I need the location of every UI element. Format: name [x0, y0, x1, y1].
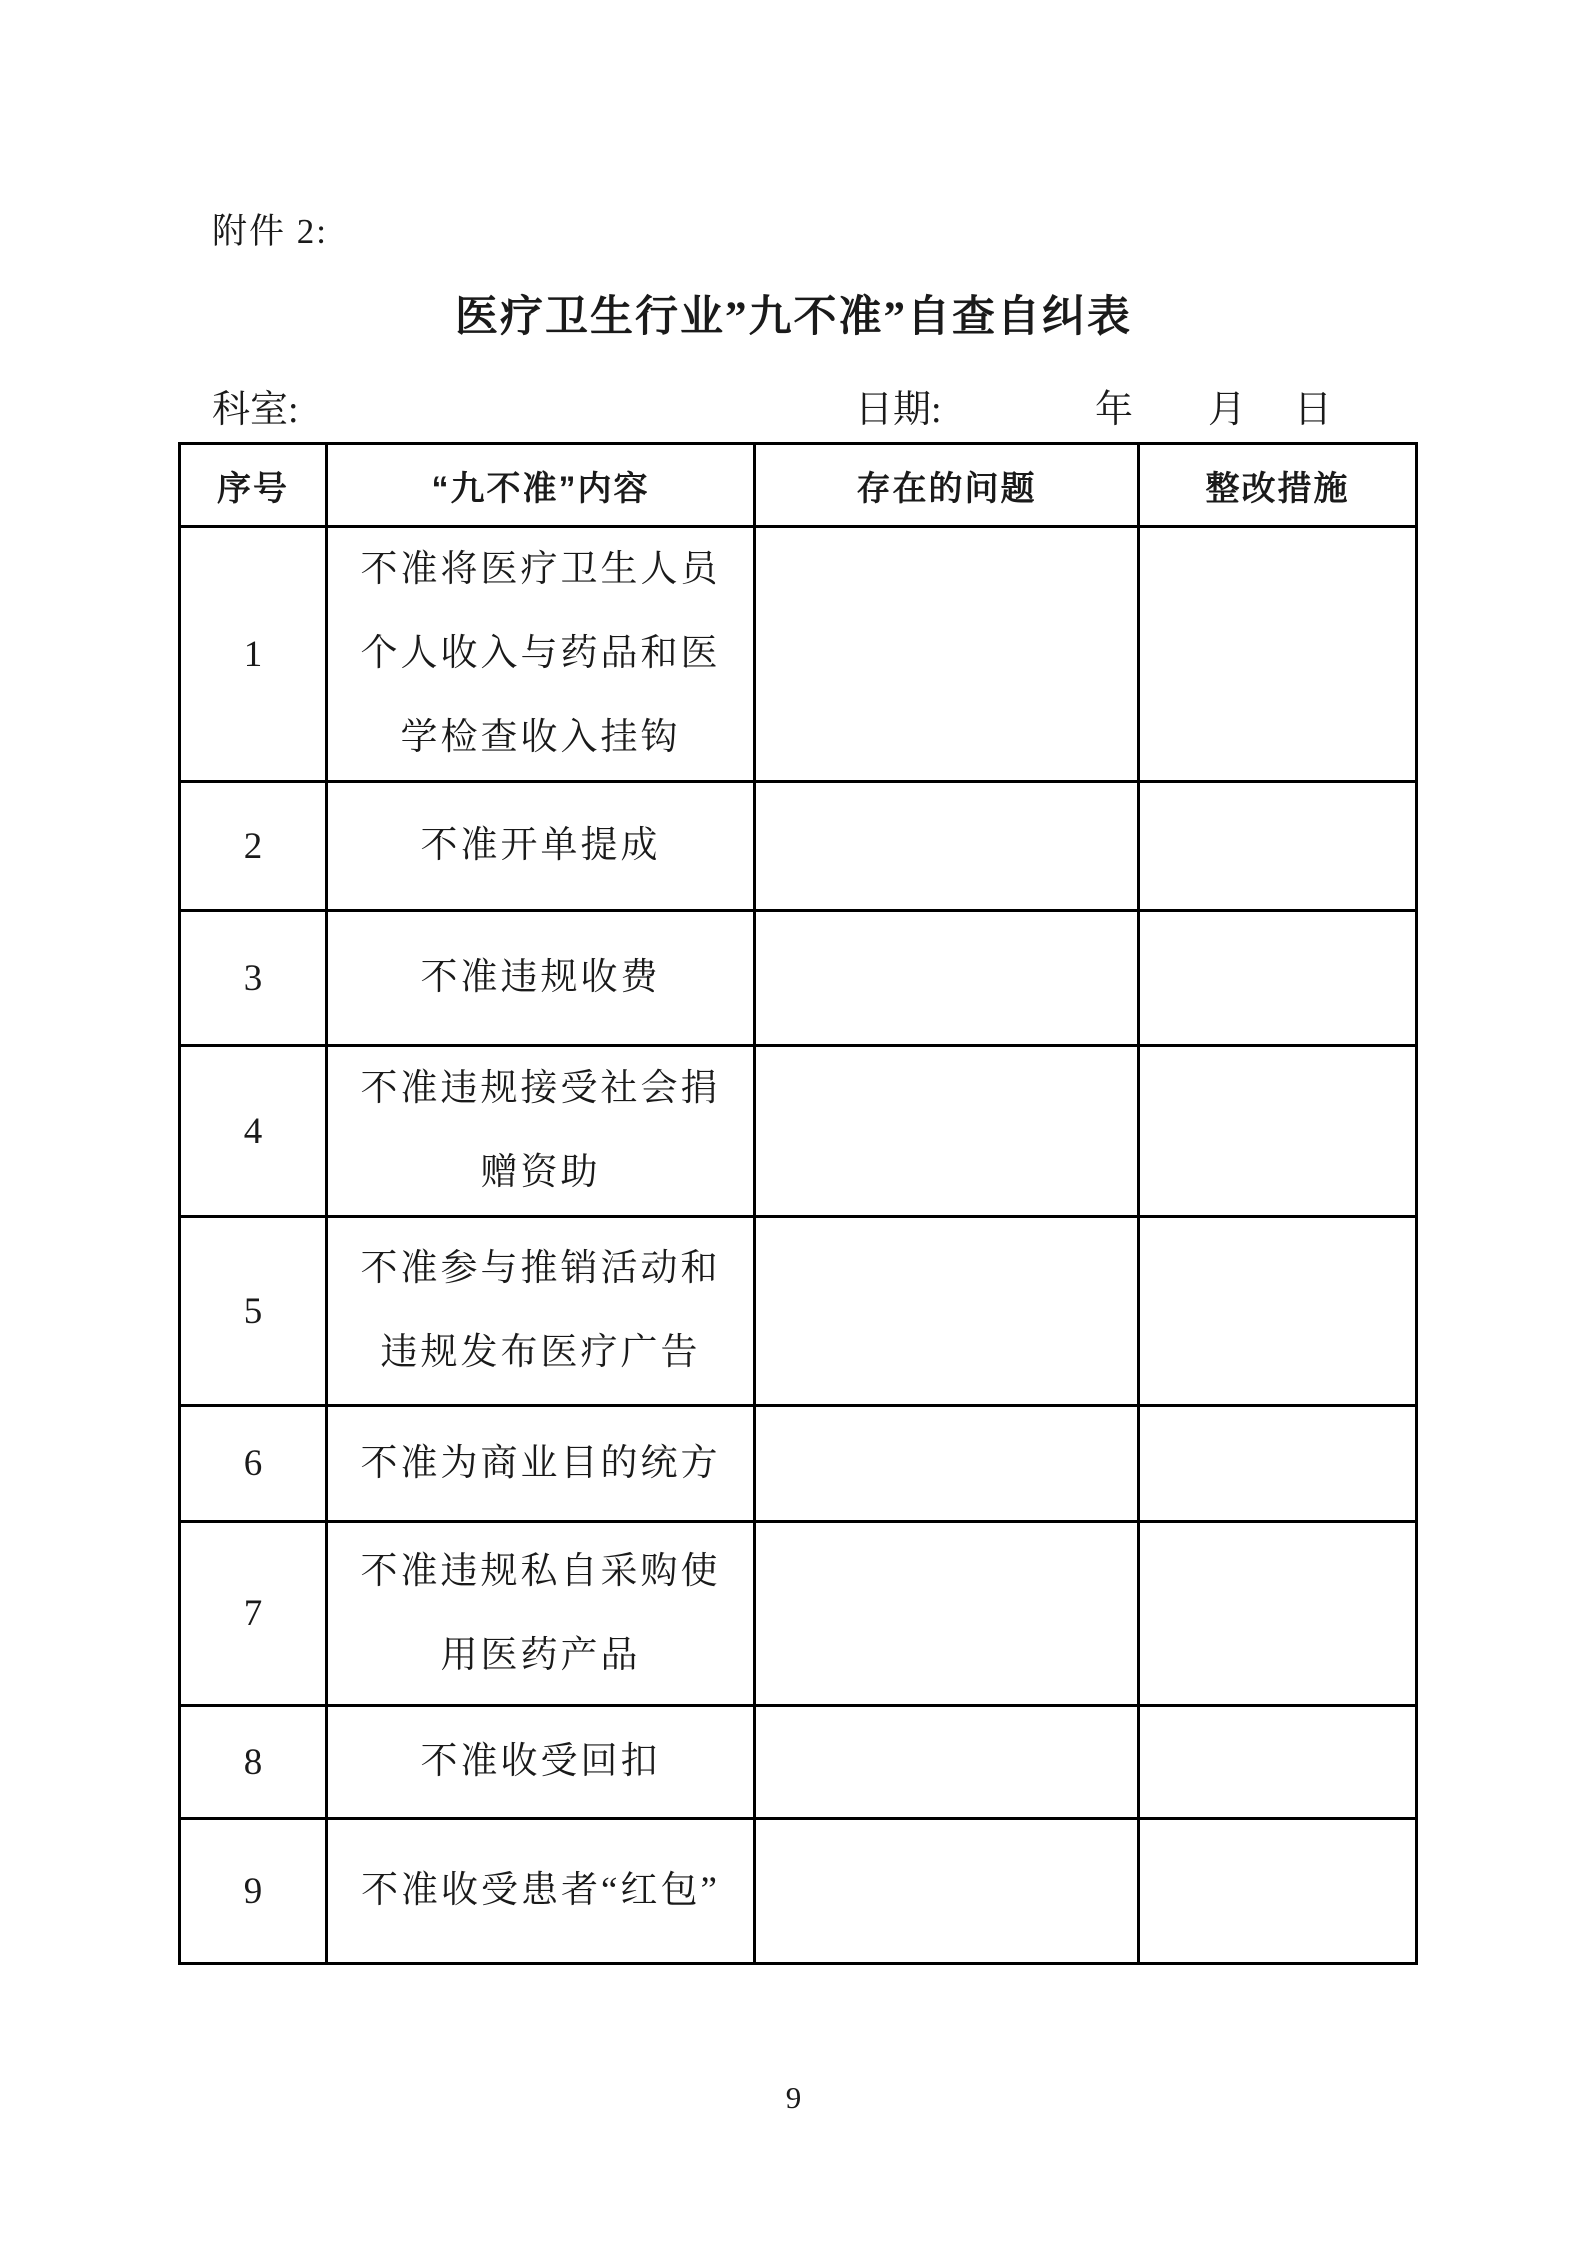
table-row: 4 不准违规接受社会捐 赠资助: [180, 1046, 1417, 1217]
problem-cell: [755, 527, 1139, 782]
page-title: 医疗卫生行业”九不准”自查自纠表: [0, 283, 1587, 344]
serial-number-cell: 7: [180, 1522, 327, 1706]
action-cell: [1139, 1217, 1417, 1406]
date-label: 日期:: [855, 378, 942, 433]
problem-cell: [755, 1217, 1139, 1406]
serial-number-cell: 1: [180, 527, 327, 782]
action-cell: [1139, 782, 1417, 911]
date-year-label: 年: [1095, 378, 1133, 433]
problem-cell: [755, 782, 1139, 911]
serial-number-cell: 2: [180, 782, 327, 911]
table-row: 7 不准违规私自采购使 用医药产品: [180, 1522, 1417, 1706]
table-row: 6 不准为商业目的统方: [180, 1406, 1417, 1522]
header-content: “九不准”内容: [327, 444, 755, 527]
table-row: 9 不准收受患者“红包”: [180, 1819, 1417, 1964]
action-cell: [1139, 1819, 1417, 1964]
action-cell: [1139, 1522, 1417, 1706]
header-problems: 存在的问题: [755, 444, 1139, 527]
nine-prohibitions-table: 序号 “九不准”内容 存在的问题 整改措施 1 不准将医疗卫生人员 个人收入与药…: [178, 442, 1418, 1965]
problem-cell: [755, 1522, 1139, 1706]
action-cell: [1139, 911, 1417, 1046]
attachment-label: 附件 2:: [212, 210, 328, 254]
serial-number-cell: 4: [180, 1046, 327, 1217]
header-serial-number: 序号: [180, 444, 327, 527]
table-row: 5 不准参与推销活动和 违规发布医疗广告: [180, 1217, 1417, 1406]
problem-cell: [755, 1406, 1139, 1522]
serial-number-cell: 5: [180, 1217, 327, 1406]
content-cell: 不准收受回扣: [327, 1706, 755, 1819]
content-cell: 不准违规私自采购使 用医药产品: [327, 1522, 755, 1706]
meta-line: 科室: 日期: 年 月 日: [0, 378, 1587, 426]
content-cell: 不准违规收费: [327, 911, 755, 1046]
table-row: 1 不准将医疗卫生人员 个人收入与药品和医 学检查收入挂钩: [180, 527, 1417, 782]
content-cell: 不准违规接受社会捐 赠资助: [327, 1046, 755, 1217]
serial-number-cell: 3: [180, 911, 327, 1046]
content-cell: 不准开单提成: [327, 782, 755, 911]
action-cell: [1139, 1706, 1417, 1819]
department-label: 科室:: [212, 378, 299, 433]
action-cell: [1139, 1406, 1417, 1522]
table-row: 3 不准违规收费: [180, 911, 1417, 1046]
document-page: 附件 2: 医疗卫生行业”九不准”自查自纠表 科室: 日期: 年 月 日 序号 …: [0, 0, 1587, 2245]
table-row: 8 不准收受回扣: [180, 1706, 1417, 1819]
content-cell: 不准将医疗卫生人员 个人收入与药品和医 学检查收入挂钩: [327, 527, 755, 782]
serial-number-cell: 6: [180, 1406, 327, 1522]
date-month-label: 月: [1208, 378, 1246, 433]
serial-number-cell: 9: [180, 1819, 327, 1964]
header-rectification: 整改措施: [1139, 444, 1417, 527]
problem-cell: [755, 1046, 1139, 1217]
page-number: 9: [0, 2080, 1587, 2116]
content-cell: 不准参与推销活动和 违规发布医疗广告: [327, 1217, 755, 1406]
action-cell: [1139, 527, 1417, 782]
date-day-label: 日: [1294, 378, 1332, 433]
problem-cell: [755, 911, 1139, 1046]
problem-cell: [755, 1706, 1139, 1819]
content-cell: 不准为商业目的统方: [327, 1406, 755, 1522]
problem-cell: [755, 1819, 1139, 1964]
serial-number-cell: 8: [180, 1706, 327, 1819]
table-row: 2 不准开单提成: [180, 782, 1417, 911]
content-cell: 不准收受患者“红包”: [327, 1819, 755, 1964]
table-header-row: 序号 “九不准”内容 存在的问题 整改措施: [180, 444, 1417, 527]
action-cell: [1139, 1046, 1417, 1217]
